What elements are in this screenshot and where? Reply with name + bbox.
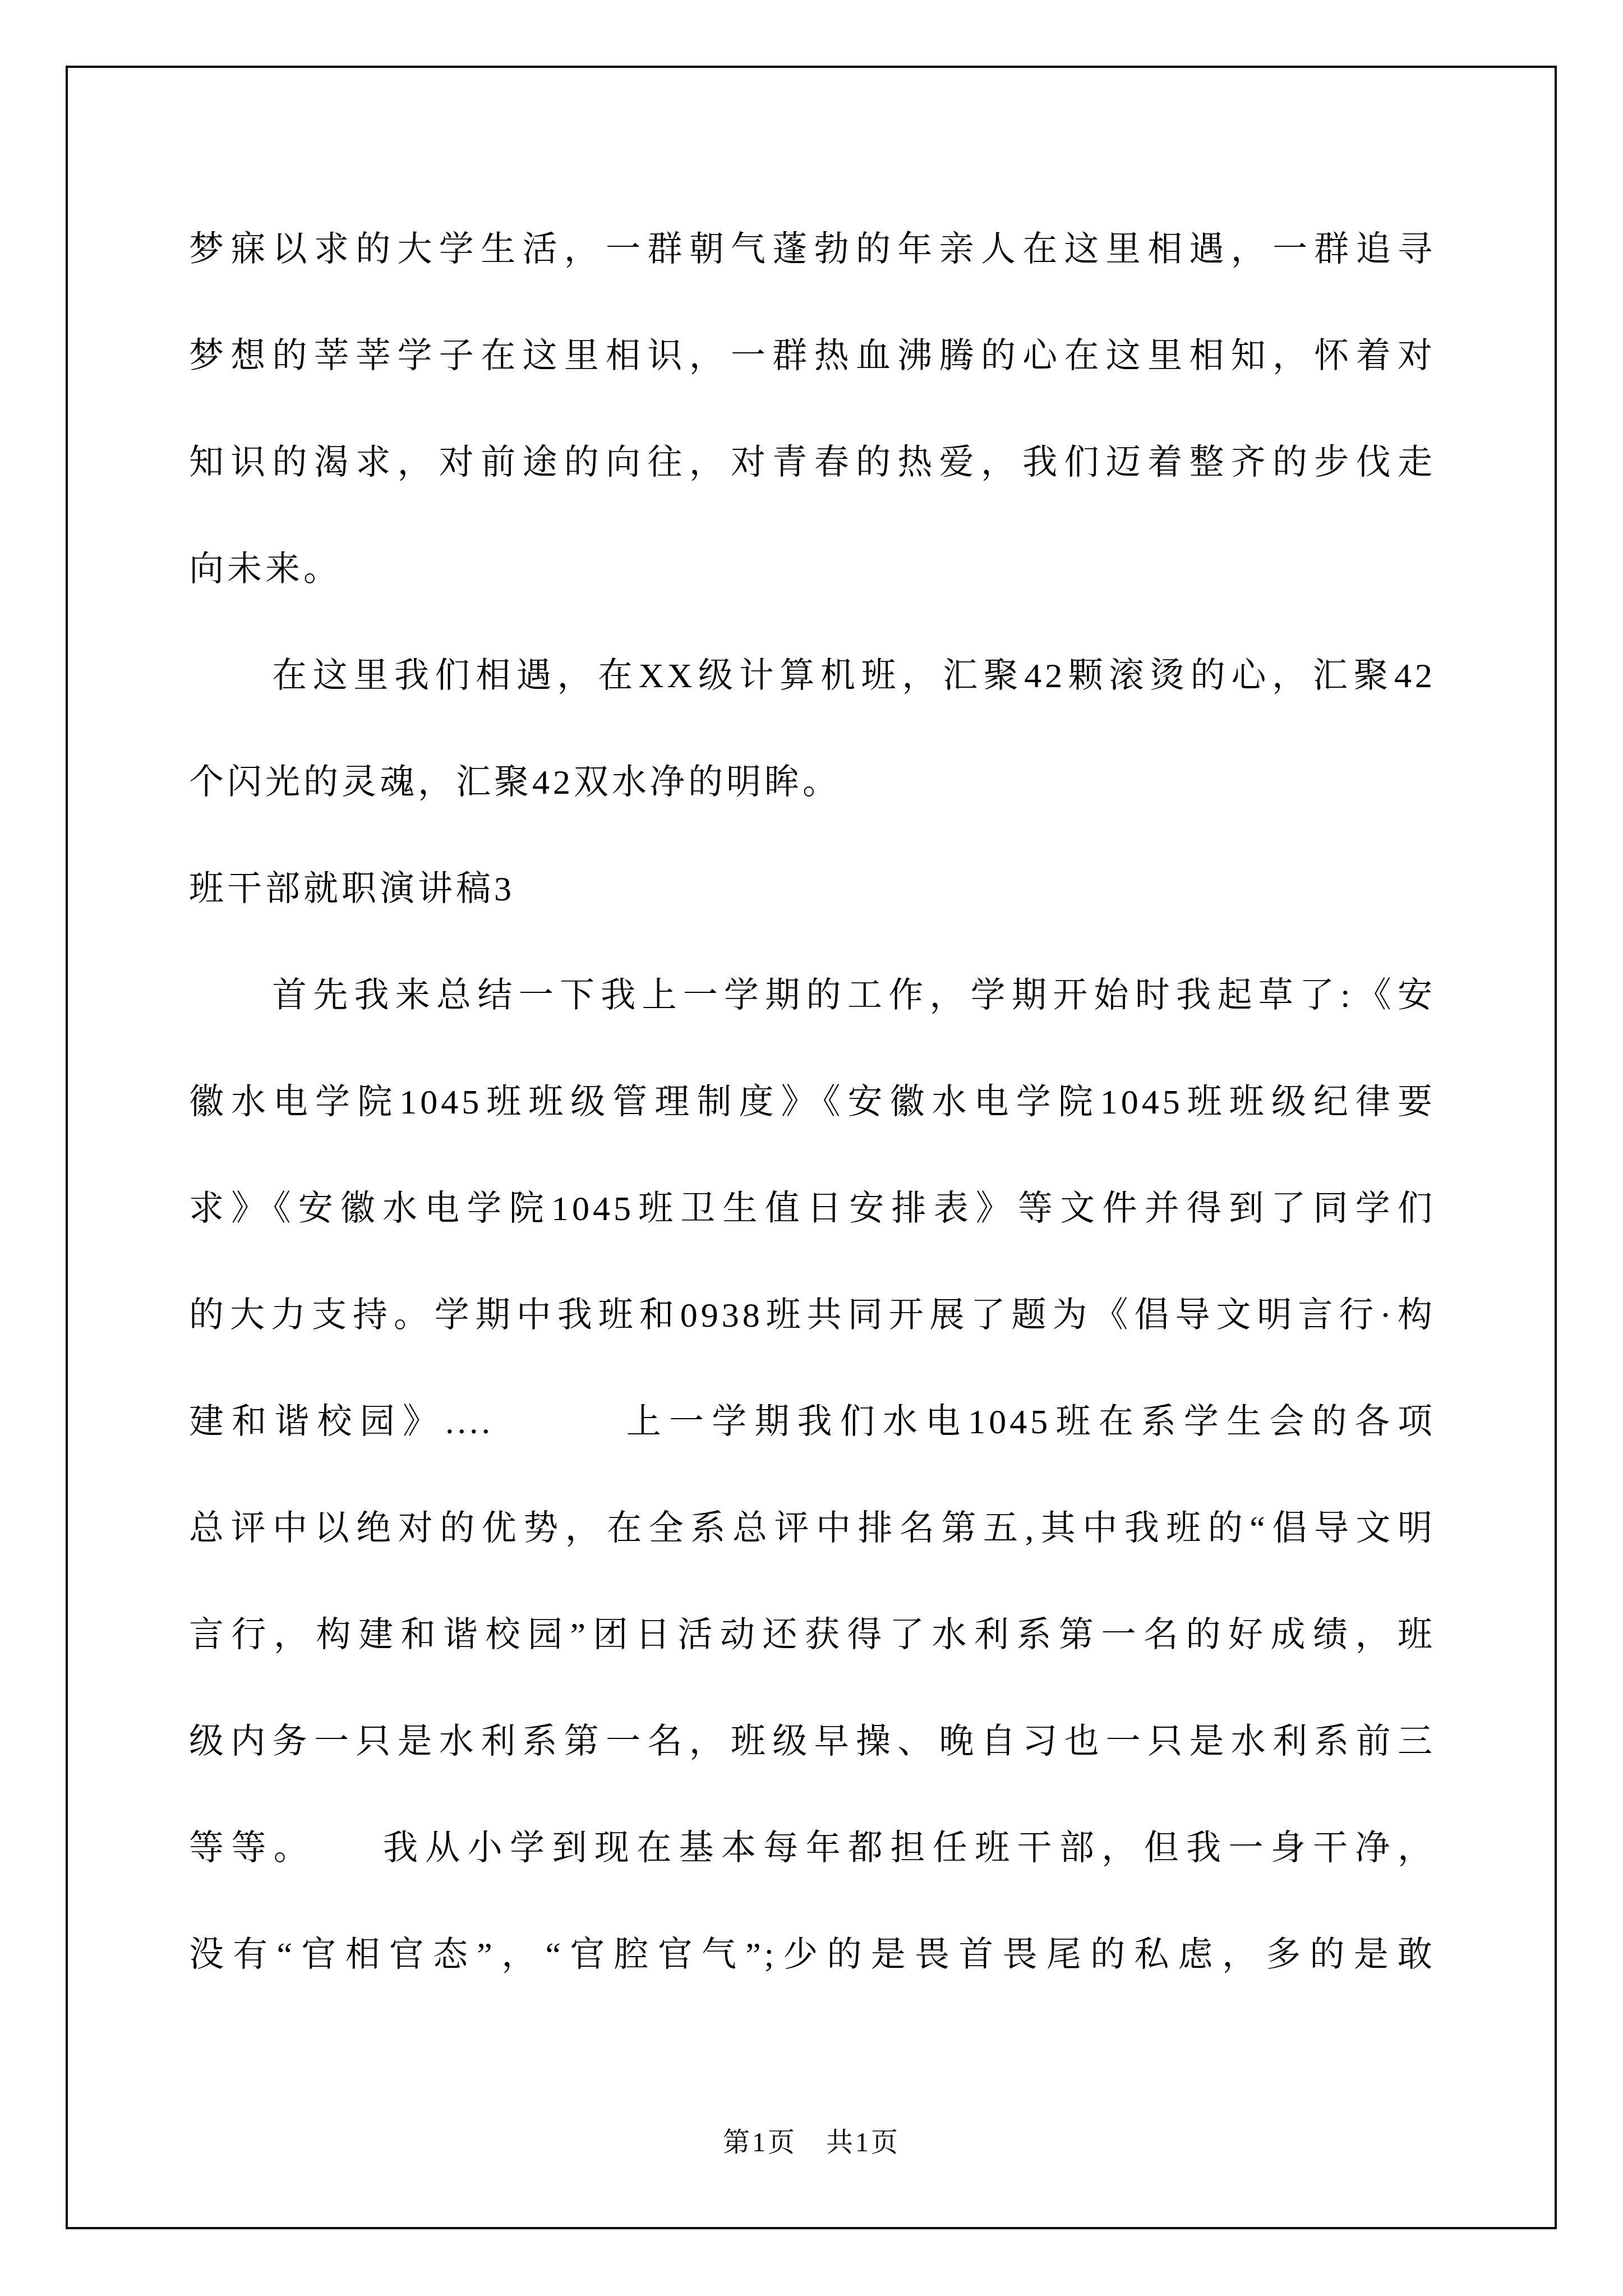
text-line: 向未来。 [189,516,1436,623]
text-line: 个闪光的灵魂，汇聚42双水净的明眸。 [189,729,1436,836]
text-line: 言行，构建和谐校园”团日活动还获得了水利系第一名的好成绩，班 [189,1582,1436,1688]
text-line: 没有“官相官态”，“官腔官气”;少的是畏首畏尾的私虑，多的是敢 [189,1902,1436,2008]
text-line: 级内务一只是水利系第一名，班级早操、晚自习也一只是水利系前三 [189,1688,1436,1795]
page-footer: 第1页 共1页 [0,2123,1623,2162]
text-line: 知识的渴求，对前途的向往，对青春的热爱，我们迈着整齐的步伐走 [189,409,1436,516]
text-line: 徽水电学院1045班班级管理制度》《安徽水电学院1045班班级纪律要 [189,1049,1436,1156]
text-line: 梦想的莘莘学子在这里相识，一群热血沸腾的心在这里相知，怀着对 [189,303,1436,409]
text-line: 首先我来总结一下我上一学期的工作，学期开始时我起草了:《安 [189,942,1436,1049]
text-line: 求》《安徽水电学院1045班卫生值日安排表》等文件并得到了同学们 [189,1156,1436,1262]
text-line: 在这里我们相遇，在XX级计算机班，汇聚42颗滚烫的心，汇聚42 [189,623,1436,729]
text-line: 的大力支持。学期中我班和0938班共同开展了题为《倡导文明言行·构 [189,1262,1436,1369]
text-line: 等等。 我从小学到现在基本每年都担任班干部，但我一身干净， [189,1795,1436,1902]
text-line: 总评中以绝对的优势，在全系总评中排名第五,其中我班的“倡导文明 [189,1475,1436,1582]
section-heading: 班干部就职演讲稿3 [189,836,1436,942]
document-body: 梦寐以求的大学生活，一群朝气蓬勃的年亲人在这里相遇，一群追寻 梦想的莘莘学子在这… [189,196,1436,2008]
text-line: 建和谐校园》.... 上一学期我们水电1045班在系学生会的各项 [189,1369,1436,1475]
document-page: 梦寐以求的大学生活，一群朝气蓬勃的年亲人在这里相遇，一群追寻 梦想的莘莘学子在这… [0,0,1623,2296]
text-line: 梦寐以求的大学生活，一群朝气蓬勃的年亲人在这里相遇，一群追寻 [189,196,1436,303]
